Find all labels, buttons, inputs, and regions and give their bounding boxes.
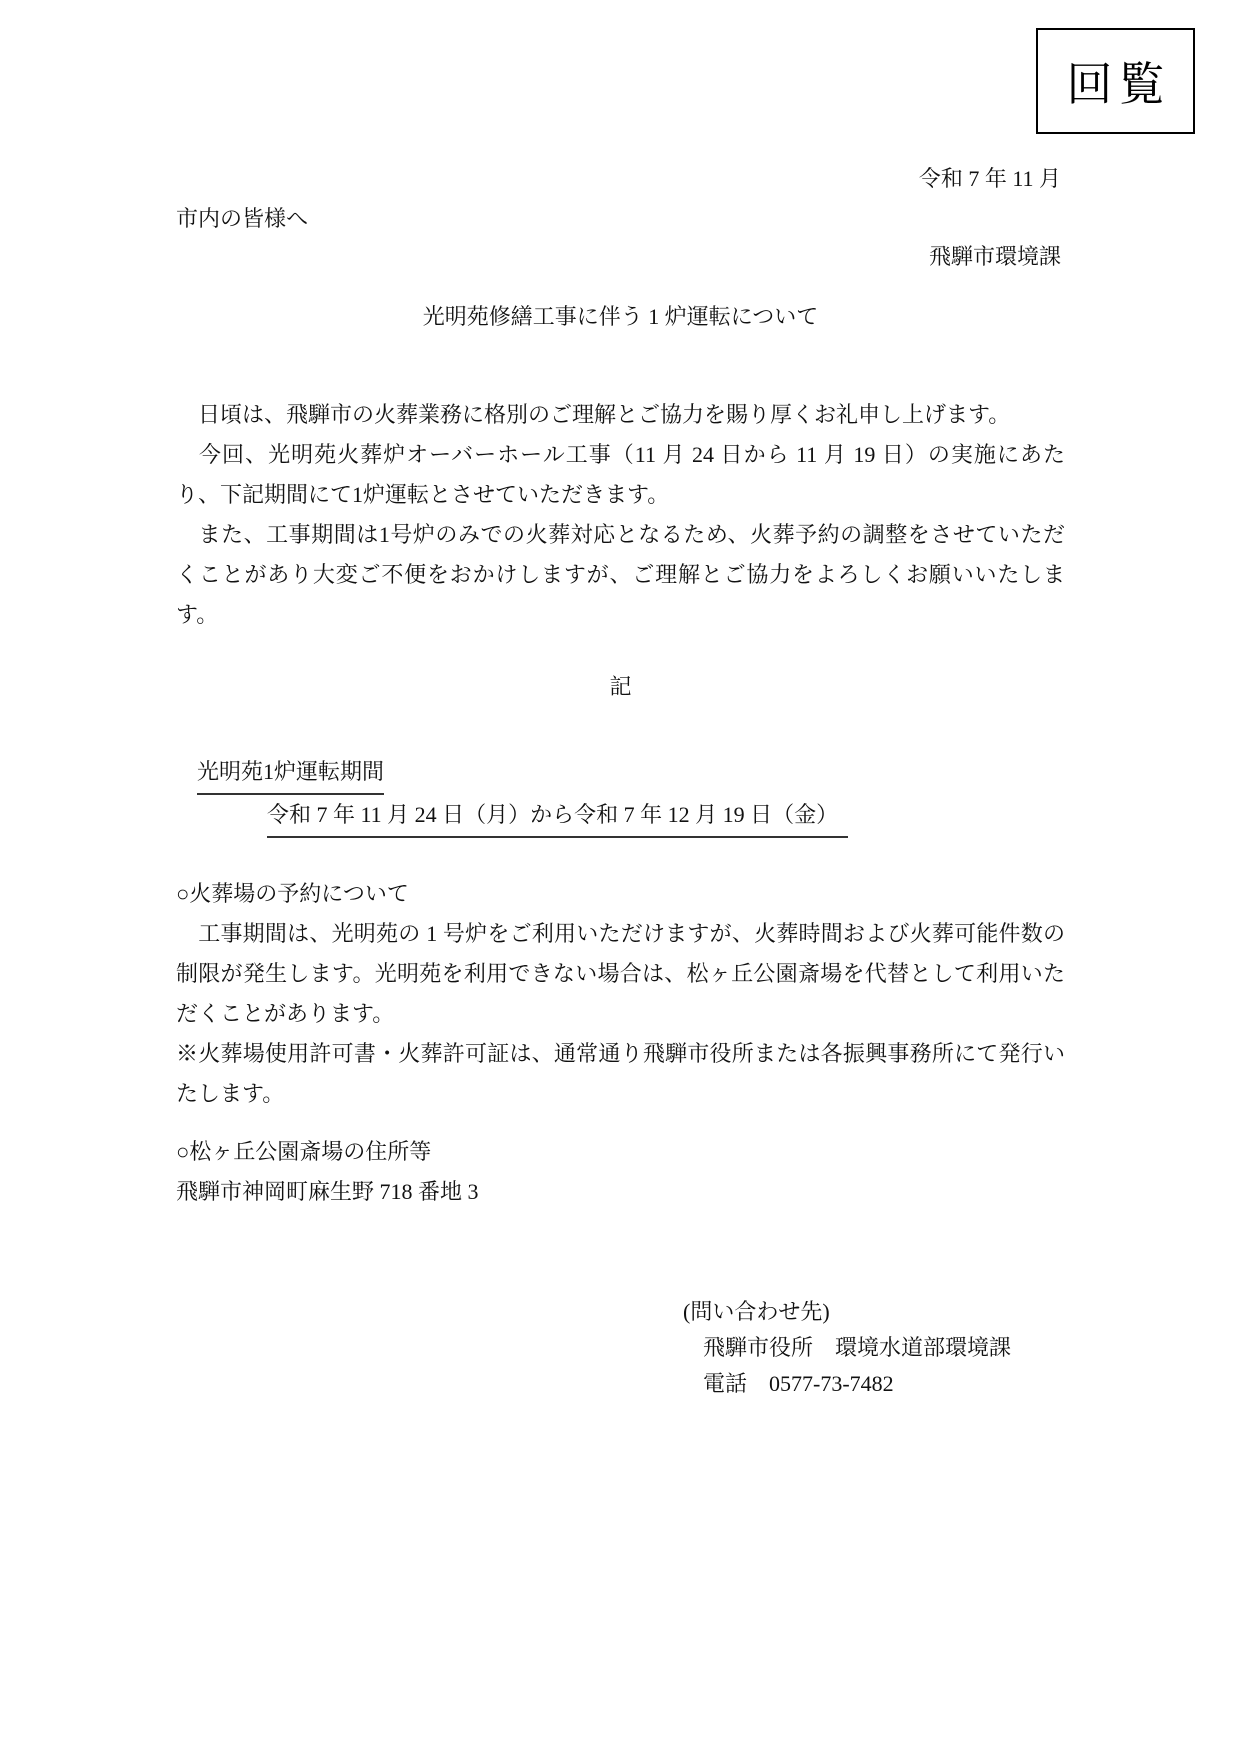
- reservation-section-heading: ○火葬場の予約について: [176, 874, 1065, 914]
- greeting-paragraph: 日頃は、飛騨市の火葬業務に格別のご理解とご協力を賜り厚くお礼申し上げます。: [176, 395, 1065, 435]
- sender-department: 飛騨市環境課: [176, 243, 1065, 271]
- body-paragraphs: 日頃は、飛騨市の火葬業務に格別のご理解とご協力を賜り厚くお礼申し上げます。 今回…: [176, 395, 1065, 635]
- address-section-heading: ○松ヶ丘公園斎場の住所等: [176, 1132, 1065, 1172]
- contact-block: (問い合わせ先) 飛騨市役所 環境水道部環境課 電話 0577-73-7482: [176, 1294, 1065, 1402]
- notice-document-page: 回覧 令和 7 年 11 月 市内の皆様へ 飛騨市環境課 光明苑修繕工事に伴う …: [0, 0, 1241, 1755]
- addressee: 市内の皆様へ: [176, 205, 1065, 233]
- reservation-body-paragraph: 工事期間は、光明苑の 1 号炉をご利用いただけますが、火葬時間および火葬可能件数…: [176, 914, 1065, 1034]
- contact-label: (問い合わせ先): [683, 1294, 1065, 1330]
- operation-period-heading: 光明苑1炉運転期間: [197, 752, 384, 795]
- construction-announcement-paragraph: 今回、光明苑火葬炉オーバーホール工事（11 月 24 日から 11 月 19 日…: [176, 435, 1065, 515]
- operation-period-section: 光明苑1炉運転期間: [176, 752, 1065, 795]
- kairan-stamp-text: 回覧: [1067, 48, 1171, 114]
- document-title: 光明苑修繕工事に伴う 1 炉運転について: [176, 303, 1065, 331]
- contact-phone-number: 電話 0577-73-7482: [703, 1366, 1065, 1402]
- ki-marker: 記: [176, 667, 1065, 707]
- document-content: 令和 7 年 11 月 市内の皆様へ 飛騨市環境課 光明苑修繕工事に伴う 1 炉…: [176, 0, 1065, 1402]
- operation-period-line: 令和 7 年 11 月 24 日（月）から令和 7 年 12 月 19 日（金）: [176, 795, 1065, 838]
- contact-office: 飛騨市役所 環境水道部環境課: [703, 1330, 1065, 1366]
- apology-paragraph: また、工事期間は1号炉のみでの火葬対応となるため、火葬予約の調整をさせていただく…: [176, 515, 1065, 635]
- operation-period-dates: 令和 7 年 11 月 24 日（月）から令和 7 年 12 月 19 日（金）: [267, 795, 848, 838]
- cemetery-address: 飛騨市神岡町麻生野 718 番地 3: [176, 1172, 1065, 1212]
- permit-note-paragraph: ※火葬場使用許可書・火葬許可証は、通常通り飛騨市役所または各振興事務所にて発行い…: [176, 1034, 1065, 1114]
- issue-date: 令和 7 年 11 月: [176, 165, 1065, 193]
